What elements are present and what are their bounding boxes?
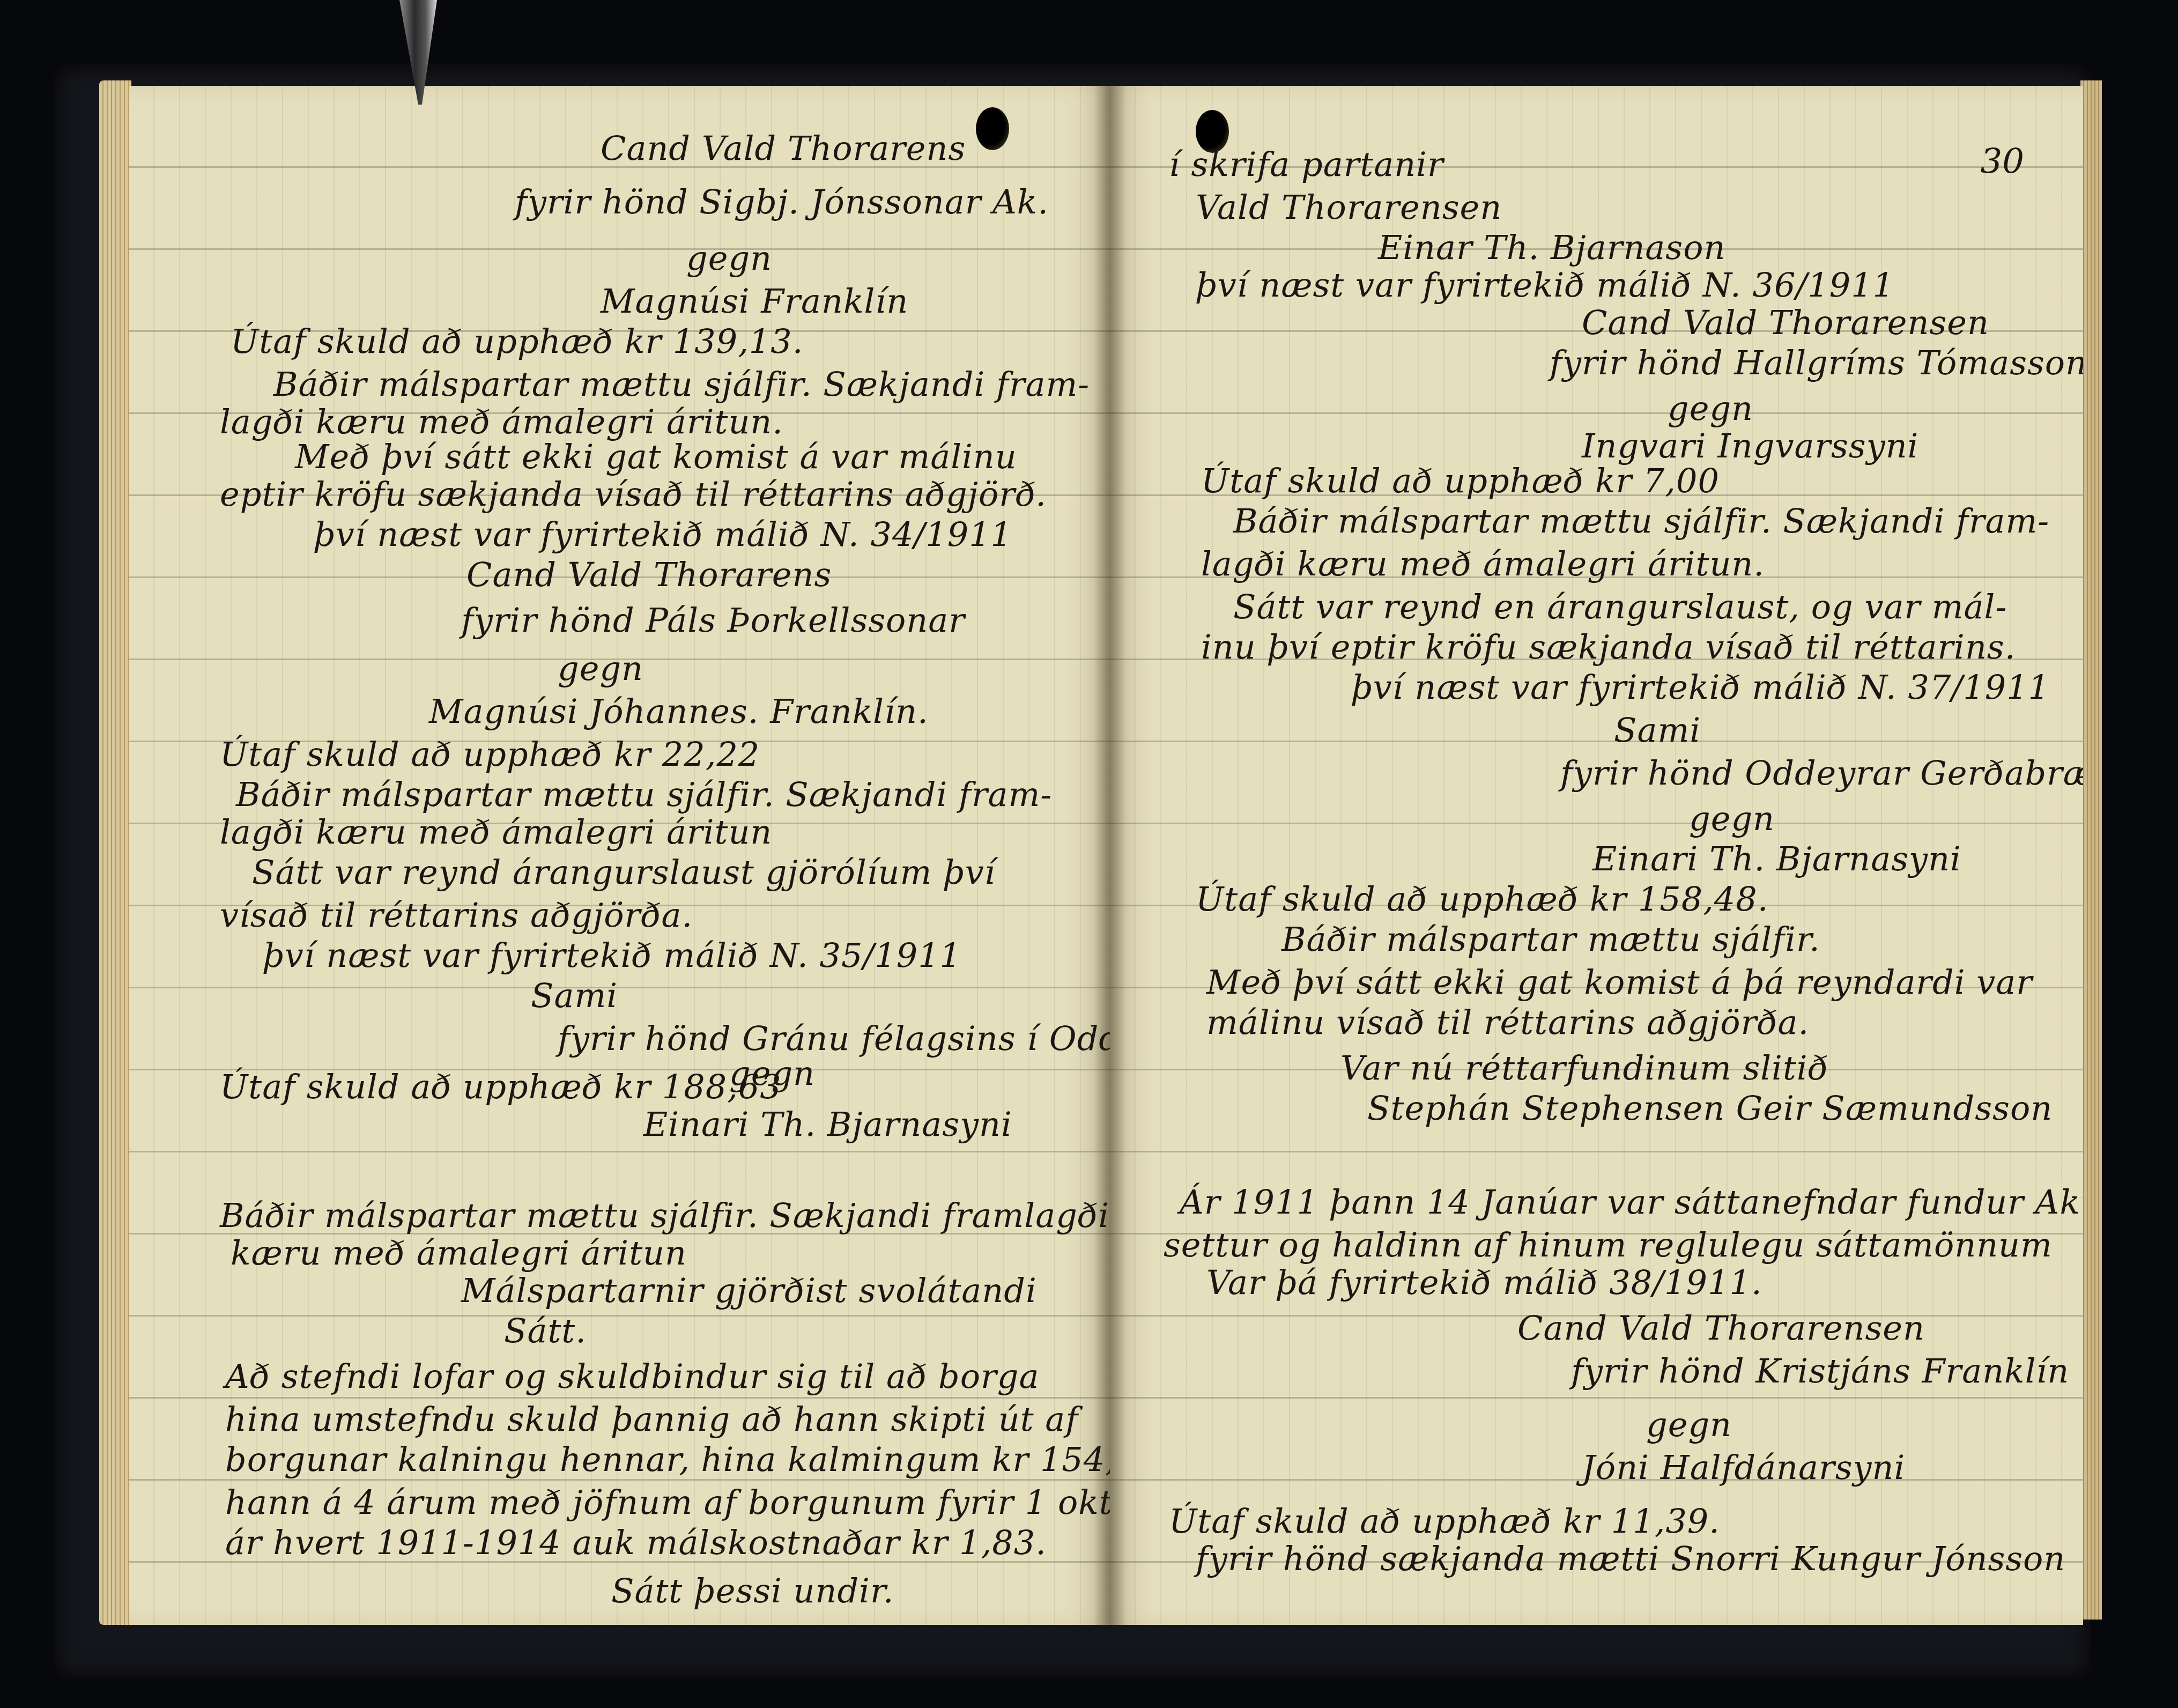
text-line: inu því eptir kröfu sækjanda vísað til r… (1201, 627, 2016, 667)
text-line: eptir kröfu sækjanda vísað til réttarins… (220, 475, 1047, 514)
text-line: fyrir hönd Gránu félagsins í Oddeyri (558, 1019, 1112, 1058)
text-line: Útaf skuld að upphæð kr 158,48. (1196, 879, 1768, 919)
text-line: Cand Vald Thorarensen (1517, 1308, 1925, 1348)
text-line: Einar Th. Bjarnason (1378, 228, 1725, 267)
text-line: Magnúsi Jóhannes. Franklín. (429, 692, 929, 731)
text-line: gegn (1668, 389, 1753, 428)
text-line: Útaf skuld að upphæð kr 188,63 (220, 1067, 782, 1106)
text-line: fyrir hönd Sigbj. Jónssonar Ak. (515, 182, 1049, 221)
text-line: gegn (558, 649, 643, 688)
text-line: gegn (686, 239, 772, 278)
page-number: 30 (1981, 142, 2024, 182)
text-line: hann á 4 árum með jöfnum af borgunum fyr… (225, 1483, 1112, 1522)
book-spine (1094, 86, 1126, 1625)
text-line: hina umstefndu skuld þannig að hann skip… (225, 1400, 1078, 1439)
text-line: borgunar kalningu hennar, hina kalmingum… (225, 1440, 1112, 1479)
text-line: Með því sátt ekki gat komist á þá reynda… (1206, 963, 2033, 1002)
text-line: Einari Th. Bjarnasyni (1592, 839, 1961, 878)
text-line: kæru með ámalegri áritun (231, 1233, 687, 1273)
text-line: Sami (1614, 711, 1701, 750)
page-edges-left (99, 80, 131, 1625)
text-line: Útaf skuld að upphæð kr 139,13. (231, 322, 803, 361)
text-line: Einari Th. Bjarnasyni (643, 1105, 1012, 1144)
text-line: Báðir málspartar mættu sjálfir. (1281, 920, 1820, 959)
left-page: Cand Vald Thorarens fyrir hönd Sigbj. Jó… (129, 86, 1112, 1625)
punch-hole (976, 107, 1009, 150)
text-line: Cand Vald Thorarens (601, 129, 966, 168)
text-line: Báðir málspartar mættu sjálfir. Sækjandi… (236, 775, 1052, 814)
text-line: Var nú réttarfundinum slitið (1340, 1048, 1828, 1088)
right-page: 30 í skrifa partanir Vald Thorarensen Ei… (1110, 86, 2083, 1625)
text-line: Stephán Stephensen Geir Sæmundsson (1367, 1089, 2053, 1128)
text-line: Jóni Halfdánarsyni (1582, 1448, 1905, 1487)
text-line: ár hvert 1911-1914 auk málskostnaðar kr … (225, 1523, 1047, 1562)
text-line: Útaf skuld að upphæð kr 11,39. (1169, 1502, 1720, 1541)
text-line: því næst var fyrirtekið málið N. 34/1911 (314, 515, 1012, 554)
text-line: settur og haldinn af hinum reglulegu sát… (1164, 1225, 2053, 1265)
text-line: því næst var fyrirtekið málið N. 35/1911 (263, 936, 961, 975)
text-line: Cand Vald Thorarens (466, 555, 832, 594)
text-line: Með því sátt ekki gat komist á var málin… (295, 437, 1017, 476)
text-line: lagði kæru með ámalegri áritun. (220, 402, 783, 441)
text-line: Báðir málspartar mættu sjálfir. Sækjandi… (1233, 501, 2049, 541)
text-line: fyrir hönd Oddeyrar Gerðabræðra (1560, 753, 2083, 793)
text-line: Málspartarnir gjörðist svolátandi (461, 1271, 1037, 1310)
text-line: Ingvari Ingvarssyni (1582, 426, 1918, 465)
text-line: Sami (531, 976, 618, 1015)
text-line: því næst var fyrirtekið málið N. 37/1911 (1351, 668, 2050, 707)
text-line: gegn (1689, 799, 1775, 838)
text-line: málinu vísað til réttarins aðgjörða. (1206, 1003, 1809, 1042)
text-line: Vald Thorarensen (1196, 188, 1502, 227)
text-line: vísað til réttarins aðgjörða. (220, 896, 693, 935)
text-line: Báðir málspartar mættu sjálfir. Sækjandi… (273, 365, 1090, 404)
text-line: Að stefndi lofar og skuldbindur sig til … (225, 1357, 1039, 1396)
text-line: því næst var fyrirtekið málið N. 36/1911 (1196, 265, 1894, 305)
text-line: Magnúsi Franklín (601, 282, 908, 321)
text-line: Sátt var reynd árangurslaust gjörólíum þ… (252, 853, 996, 892)
text-line: Útaf skuld að upphæð kr 7,00 (1201, 461, 1720, 500)
text-line: lagði kæru með ámalegri áritun (220, 812, 772, 852)
text-line: Var þá fyrirtekið málið 38/1911. (1206, 1263, 1762, 1302)
text-line: Cand Vald Thorarensen (1582, 303, 1989, 342)
text-line: í skrifa partanir (1169, 145, 1444, 184)
page-edges-right (2080, 80, 2102, 1620)
text-line: fyrir hönd Páls Þorkellssonar (461, 601, 965, 640)
text-line: lagði kæru með ámalegri áritun. (1201, 544, 1765, 583)
text-line: gegn (1646, 1405, 1732, 1444)
text-line: fyrir hönd sækjanda mætti Snorri Kungur … (1196, 1539, 2065, 1578)
text-line: Sátt. (504, 1311, 587, 1350)
text-line: Útaf skuld að upphæð kr 22,22 (220, 735, 760, 774)
text-line: Sátt þessi undir. (611, 1571, 894, 1610)
text-line: Sátt var reynd en árangurslaust, og var … (1233, 587, 2007, 626)
text-line: fyrir hönd Kristjáns Franklín (1571, 1351, 2069, 1391)
text-line: Ár 1911 þann 14 Janúar var sáttanefndar … (1180, 1182, 2083, 1222)
text-line: Báðir málspartar mættu sjálfir. Sækjandi… (220, 1196, 1109, 1235)
text-line: fyrir hönd Hallgríms Tómassonar Matthías (1550, 343, 2083, 382)
